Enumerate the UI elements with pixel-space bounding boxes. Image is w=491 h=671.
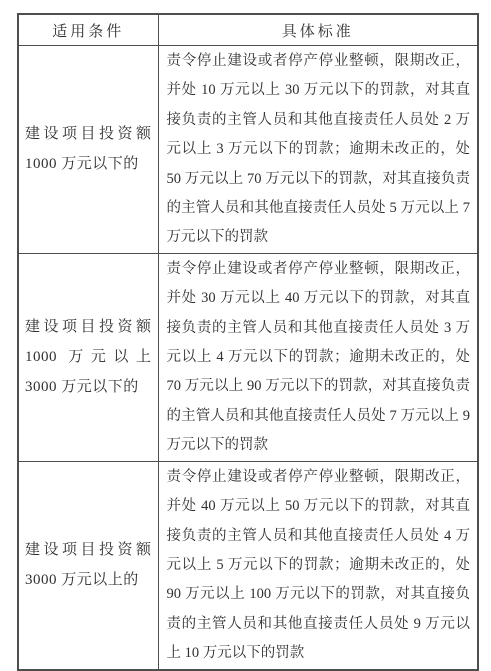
condition-cell-row2: 建设项目投资额 1000 万元以上 3000 万元以下的: [18, 253, 158, 461]
condition-cell-row1: 建设项目投资额 1000 万元以下的: [18, 46, 158, 254]
table-header-row: 适用条件 具体标准: [18, 14, 478, 46]
standard-cell-row1: 责令停止建设或者停产停业整顿，限期改正，并处 10 万元以上 30 万元以下的罚…: [158, 46, 478, 254]
table-row: 建设项目投资额 1000 万元以上 3000 万元以下的 责令停止建设或者停产停…: [18, 253, 478, 461]
penalty-standards-table: 适用条件 具体标准 建设项目投资额 1000 万元以下的 责令停止建设或者停产停…: [17, 13, 479, 671]
table-row: 建设项目投资额 1000 万元以下的 责令停止建设或者停产停业整顿，限期改正，并…: [18, 46, 478, 254]
standard-cell-row2: 责令停止建设或者停产停业整顿，限期改正，并处 30 万元以上 40 万元以下的罚…: [158, 253, 478, 461]
header-specific-standard: 具体标准: [158, 14, 478, 46]
standard-cell-row3: 责令停止建设或者停产停业整顿，限期改正，并处 40 万元以上 50 万元以下的罚…: [158, 461, 478, 669]
header-applicable-condition: 适用条件: [18, 14, 158, 46]
table-row: 建设项目投资额 3000 万元以上的 责令停止建设或者停产停业整顿，限期改正，并…: [18, 461, 478, 669]
condition-cell-row3: 建设项目投资额 3000 万元以上的: [18, 461, 158, 669]
document-page: 适用条件 具体标准 建设项目投资额 1000 万元以下的 责令停止建设或者停产停…: [0, 0, 491, 585]
